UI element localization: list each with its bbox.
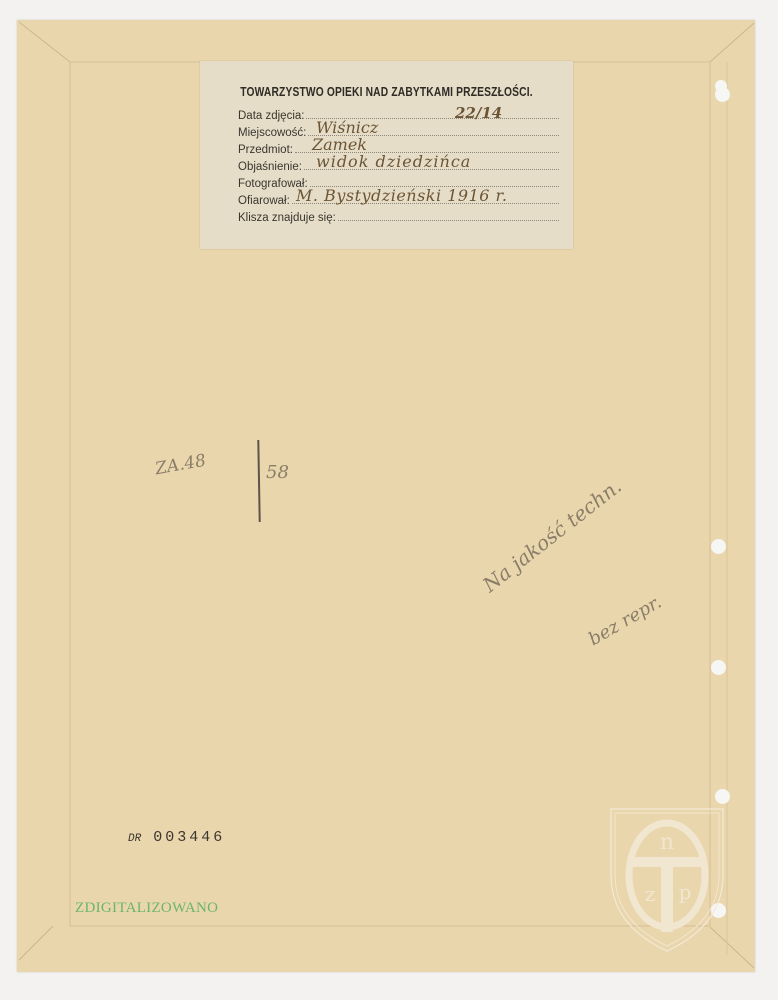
field-date: Data zdjęcia: (238, 104, 559, 122)
registry-number: DR003446 (128, 828, 225, 846)
digitized-stamp: ZDIGITALIZOWANO (75, 900, 218, 917)
handwritten-date: 22/14 (455, 104, 502, 122)
svg-text:n: n (660, 830, 674, 855)
svg-text:z: z (645, 882, 656, 906)
field-dotted-line (338, 220, 559, 221)
pencil-number: 58 (266, 462, 289, 483)
label-title: TOWARZYSTWO OPIEKI NAD ZABYTKAMI PRZESZŁ… (234, 85, 540, 99)
catalog-label: TOWARZYSTWO OPIEKI NAD ZABYTKAMI PRZESZŁ… (200, 61, 573, 249)
registry-value: 003446 (153, 829, 225, 846)
field-place: Miejscowość: (238, 121, 559, 139)
punch-hole (715, 80, 727, 92)
field-negative-location: Klisza znajduje się: (238, 206, 559, 224)
svg-text:p: p (679, 880, 692, 904)
registry-prefix: DR (128, 833, 141, 845)
punch-hole (711, 660, 726, 675)
punch-hole (715, 789, 730, 804)
handwritten-donor: M. Bystydzieński 1916 r. (296, 186, 507, 205)
field-label: Klisza znajduje się: (238, 212, 336, 224)
tonzp-shield-icon: n z p (607, 805, 727, 955)
punch-hole (711, 539, 726, 554)
handwritten-explanation: widok dziedzińca (316, 152, 471, 171)
